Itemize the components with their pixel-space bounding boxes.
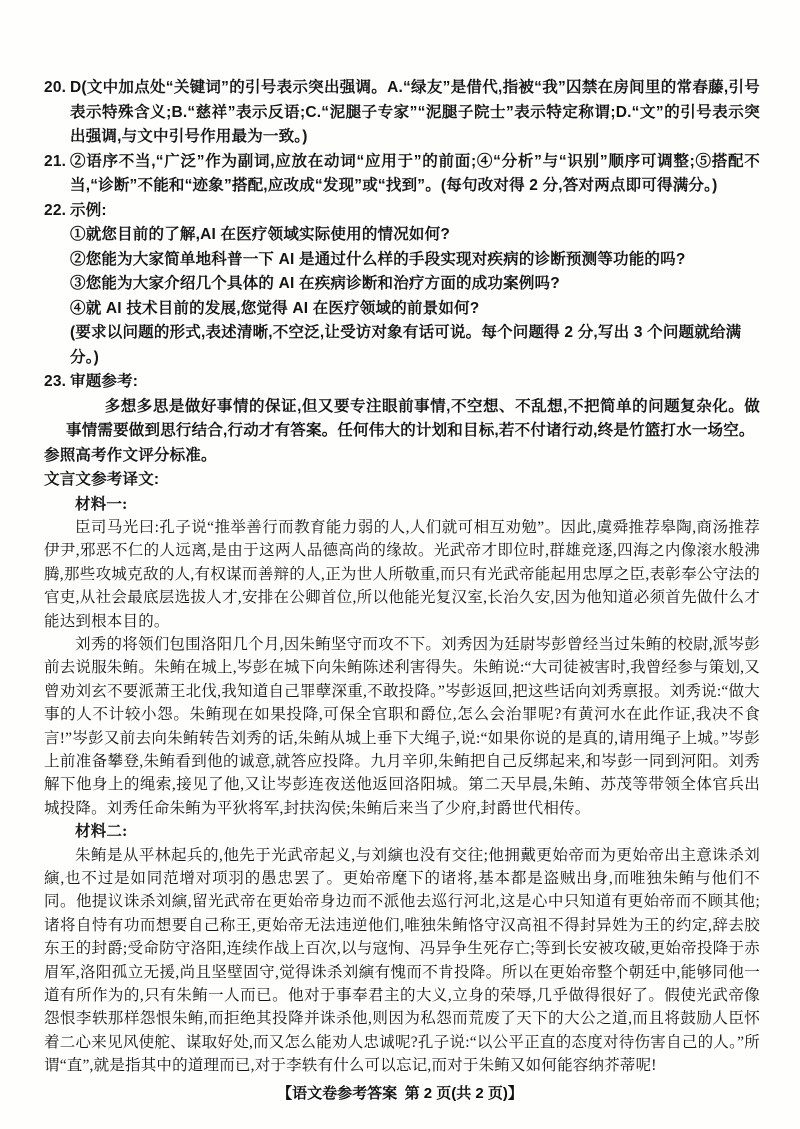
translation-heading: 文言文参考译文: — [44, 468, 760, 493]
material-2-label: 材料二: — [44, 820, 760, 843]
interview-question-4: ④就 AI 技术目前的发展,您觉得 AI 在医疗领域的前景如何? — [70, 297, 760, 322]
scoring-standard-line: 参照高考作文评分标准。 — [44, 444, 760, 469]
answer-item-23: 23. 审题参考: 多想多思是做好事情的保证,但又要专注眼前事情,不空想、不乱想… — [44, 370, 760, 444]
item-22-body: 示例: ①就您目前的了解,AI 在医疗领域实际使用的情况如何? ②您能为大家简单… — [70, 199, 760, 371]
item-23-analysis: 多想多思是做好事情的保证,但又要专注眼前事情,不空想、不乱想,不把简单的问题复杂… — [66, 395, 760, 444]
answer-item-22: 22. 示例: ①就您目前的了解,AI 在医疗领域实际使用的情况如何? ②您能为… — [44, 199, 760, 371]
item-23-label: 审题参考: — [70, 370, 760, 395]
translation-section: 材料一: 臣司马光曰:孔子说“推举善行而教育能力弱的人,人们就可相互劝勉”。因此… — [44, 493, 760, 1078]
material-1-label: 材料一: — [44, 493, 760, 516]
item-22-label: 示例: — [70, 199, 760, 224]
answers-section: 20. D(文中加点处“关键词”的引号表示突出强调。A.“绿友”是借代,指被“我… — [44, 76, 760, 493]
interview-question-2: ②您能为大家简单地科普一下 AI 是通过什么样的手段实现对疾病的诊断预测等功能的… — [70, 248, 760, 273]
item-22-scoring-note: (要求以问题的形式,表述清晰,不空泛,让受访对象有话可说。每个问题得 2 分,写… — [70, 321, 760, 370]
item-number: 21. — [44, 150, 70, 199]
item-20-text: D(文中加点处“关键词”的引号表示突出强调。A.“绿友”是借代,指被“我”囚禁在… — [70, 76, 760, 150]
item-23-body: 审题参考: 多想多思是做好事情的保证,但又要专注眼前事情,不空想、不乱想,不把简… — [70, 370, 760, 444]
answer-item-21: 21. ②语序不当,“广泛”作为副词,应放在动词“应用于”的前面;④“分析”与“… — [44, 150, 760, 199]
answer-sheet-page: 20. D(文中加点处“关键词”的引号表示突出强调。A.“绿友”是借代,指被“我… — [0, 0, 800, 1129]
item-number: 22. — [44, 199, 70, 371]
material-1-paragraph-1: 臣司马光曰:孔子说“推举善行而教育能力弱的人,人们就可相互劝勉”。因此,虞舜推荐… — [44, 516, 760, 633]
interview-question-1: ①就您目前的了解,AI 在医疗领域实际使用的情况如何? — [70, 223, 760, 248]
interview-question-3: ③您能为大家介绍几个具体的 AI 在疾病诊断和治疗方面的成功案例吗? — [70, 272, 760, 297]
material-2-paragraph-1: 朱鲔是从平林起兵的,他先于光武帝起义,与刘縯也没有交往;他拥戴更始帝而为更始帝出… — [44, 844, 760, 1078]
page-footer: 【语文卷参考答案 第 2 页(共 2 页)】 — [0, 1082, 800, 1103]
item-21-text: ②语序不当,“广泛”作为副词,应放在动词“应用于”的前面;④“分析”与“识别”顺… — [70, 150, 760, 199]
answer-item-20: 20. D(文中加点处“关键词”的引号表示突出强调。A.“绿友”是借代,指被“我… — [44, 76, 760, 150]
item-number: 20. — [44, 76, 70, 150]
material-1-paragraph-2: 刘秀的将领们包围洛阳几个月,因朱鲔坚守而攻不下。刘秀因为廷尉岑彭曾经当过朱鲔的校… — [44, 633, 760, 820]
